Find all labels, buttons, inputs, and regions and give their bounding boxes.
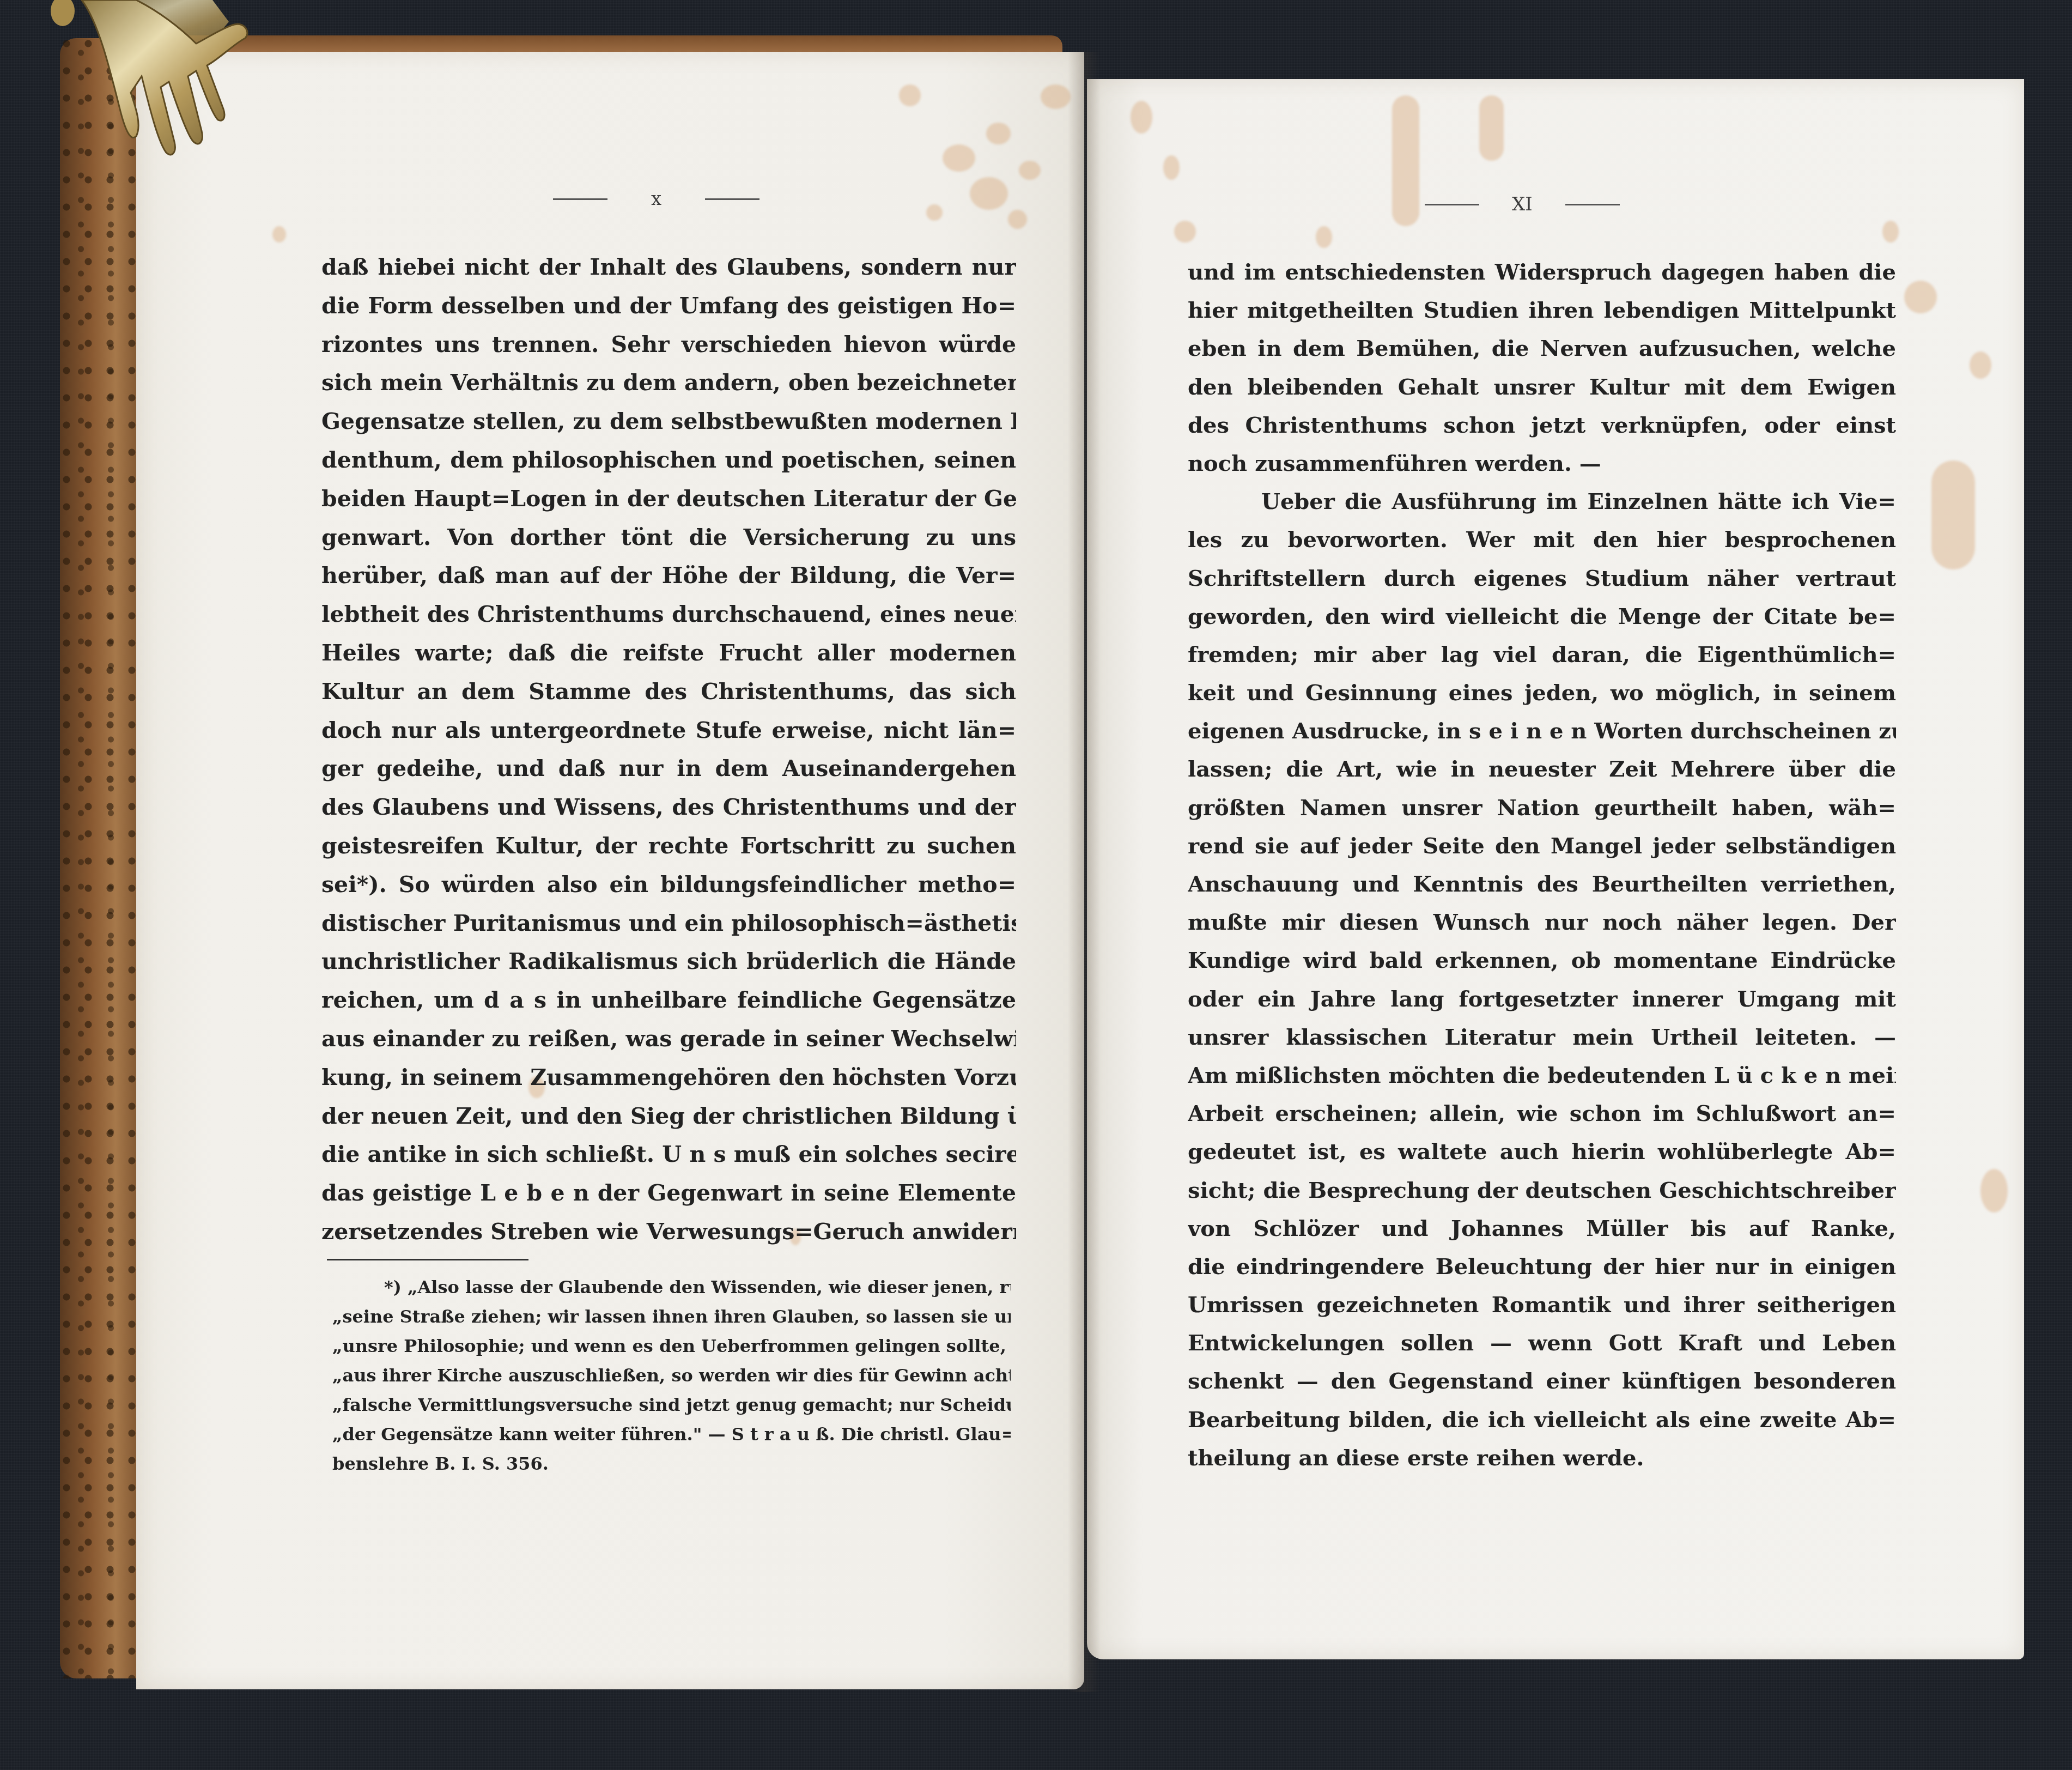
text-line: sich mein Verhältnis zu dem andern, oben…	[321, 363, 1016, 402]
left-page-body-text: daß hiebei nicht der Inhalt des Glaubens…	[321, 248, 1016, 1251]
right-running-head: XI	[1425, 193, 1620, 215]
foxing-spot	[1316, 226, 1332, 248]
text-line: die antike in sich schließt. U n s muß e…	[321, 1135, 1016, 1174]
text-line: Entwickelungen sollen — wenn Gott Kraft …	[1188, 1324, 1896, 1362]
text-line: noch zusammenführen werden. —	[1188, 445, 1896, 483]
foxing-spot	[1904, 281, 1937, 313]
text-line: der neuen Zeit, und den Sieg der christl…	[321, 1097, 1016, 1136]
foxing-spot	[1008, 210, 1027, 229]
foxing-spot	[1163, 155, 1180, 180]
text-line: schenkt — den Gegenstand einer künftigen…	[1188, 1362, 1896, 1401]
foxing-spot	[899, 84, 921, 106]
text-line: die Form desselben und der Umfang des ge…	[321, 287, 1016, 325]
footnote-line: *) „Also lasse der Glaubende den Wissend…	[332, 1272, 1011, 1302]
text-line: Umrissen gezeichneten Romantik und ihrer…	[1188, 1286, 1896, 1324]
footnote-separator	[327, 1259, 528, 1260]
foxing-spot	[943, 144, 975, 172]
footnote-line: „unsre Philosophie; und wenn es den Uebe…	[332, 1331, 1011, 1361]
book-gutter	[1068, 52, 1101, 1692]
text-line: denthum, dem philosophischen und poetisc…	[321, 441, 1016, 480]
text-line: Kultur an dem Stamme des Christenthums, …	[321, 672, 1016, 711]
text-line: den bleibenden Gehalt unsrer Kultur mit …	[1188, 368, 1896, 407]
text-line: ger gedeihe, und daß nur in dem Auseinan…	[321, 749, 1016, 788]
text-line: hier mitgetheilten Studien ihren lebendi…	[1188, 292, 1896, 330]
text-line: mußte mir diesen Wunsch nur noch näher l…	[1188, 904, 1896, 942]
text-line: theilung an diese erste reihen werde.	[1188, 1439, 1896, 1477]
text-line: doch nur als untergeordnete Stufe erweis…	[321, 711, 1016, 750]
footnote-line: „aus ihrer Kirche auszuschließen, so wer…	[332, 1361, 1011, 1390]
text-line: daß hiebei nicht der Inhalt des Glaubens…	[321, 248, 1016, 287]
brass-hand-page-holder-icon	[49, 0, 311, 196]
text-line: Arbeit erscheinen; allein, wie schon im …	[1188, 1095, 1896, 1133]
text-line: Gegensatze stellen, zu dem selbstbewußte…	[321, 402, 1016, 441]
text-line: unsrer klassischen Literatur mein Urthei…	[1188, 1019, 1896, 1057]
text-line: des Christenthums schon jetzt verknüpfen…	[1188, 407, 1896, 445]
footnote-line: „der Gegensätze kann weiter führen." — S…	[332, 1420, 1011, 1449]
text-line: distischer Puritanismus und ein philosop…	[321, 904, 1016, 943]
text-line: geistesreifen Kultur, der rechte Fortsch…	[321, 827, 1016, 865]
footnote-line: „seine Straße ziehen; wir lassen ihnen i…	[332, 1302, 1011, 1331]
text-line: kung, in seinem Zusammengehören den höch…	[321, 1058, 1016, 1097]
text-line: herüber, daß man auf der Höhe der Bildun…	[321, 556, 1016, 595]
text-line: eben in dem Bemühen, die Nerven aufzusuc…	[1188, 330, 1896, 368]
text-line: fremden; mir aber lag viel daran, die Ei…	[1188, 636, 1896, 674]
text-line: unchristlicher Radikalismus sich brüderl…	[321, 942, 1016, 981]
footnote-line: benslehre B. I. S. 356.	[332, 1449, 1011, 1478]
right-page-number: XI	[1512, 193, 1533, 215]
text-line: Am mißlichsten möchten die bedeutenden L…	[1188, 1057, 1896, 1095]
text-line: des Glaubens und Wissens, des Christenth…	[321, 788, 1016, 827]
foxing-stain	[1392, 95, 1419, 226]
text-line: keit und Gesinnung eines jeden, wo mögli…	[1188, 674, 1896, 712]
text-line: die eindringendere Beleuchtung der hier …	[1188, 1248, 1896, 1286]
left-page-footnote: *) „Also lasse der Glaubende den Wissend…	[332, 1272, 1011, 1478]
foxing-spot	[1019, 161, 1041, 180]
foxing-spot	[970, 177, 1008, 210]
text-line: oder ein Jahre lang fortgesetzter innere…	[1188, 980, 1896, 1019]
header-rule	[705, 198, 759, 200]
foxing-spot	[1131, 101, 1152, 134]
foxing-spot	[926, 204, 943, 221]
header-rule	[1425, 204, 1479, 205]
text-line: beiden Haupt=Logen in der deutschen Lite…	[321, 480, 1016, 518]
text-line: Kundige wird bald erkennen, ob momentane…	[1188, 942, 1896, 980]
text-line: reichen, um d a s in unheilbare feindlic…	[321, 981, 1016, 1020]
text-line: und im entschiedensten Widerspruch dageg…	[1188, 253, 1896, 292]
foxing-spot	[272, 226, 286, 243]
text-line: geworden, den wird vielleicht die Menge …	[1188, 598, 1896, 636]
foxing-spot	[1970, 351, 1991, 379]
text-line: genwart. Von dorther tönt die Versicheru…	[321, 518, 1016, 557]
text-line: zersetzendes Streben wie Verwesungs=Geru…	[321, 1213, 1016, 1251]
text-line: gedeutet ist, es waltete auch hierin woh…	[1188, 1133, 1896, 1171]
text-line: sicht; die Besprechung der deutschen Ges…	[1188, 1172, 1896, 1210]
text-line: aus einander zu reißen, was gerade in se…	[321, 1020, 1016, 1058]
text-line: größten Namen unsrer Nation geurtheilt h…	[1188, 789, 1896, 827]
foxing-spot	[1882, 221, 1899, 243]
text-line: das geistige L e b e n der Gegenwart in …	[321, 1174, 1016, 1213]
foxing-stain	[1931, 460, 1975, 569]
text-line: Heiles warte; daß die reifste Frucht all…	[321, 634, 1016, 672]
text-line: lassen; die Art, wie in neuester Zeit Me…	[1188, 750, 1896, 789]
text-line: von Schlözer und Johannes Müller bis auf…	[1188, 1210, 1896, 1248]
text-line-paragraph-start: Ueber die Ausführung im Einzelnen hätte …	[1188, 483, 1896, 521]
text-line: eigenen Ausdrucke, in s e i n e n Worten…	[1188, 712, 1896, 750]
foxing-spot	[1980, 1169, 2008, 1213]
header-rule	[553, 198, 607, 200]
text-line: rizontes uns trennen. Sehr verschieden h…	[321, 325, 1016, 364]
right-page-body-text: und im entschiedensten Widerspruch dageg…	[1188, 253, 1896, 1477]
left-page-number: x	[651, 188, 661, 210]
text-line: lebtheit des Christenthums durchschauend…	[321, 595, 1016, 634]
foxing-spot	[986, 123, 1011, 144]
text-line: rend sie auf jeder Seite den Mangel jede…	[1188, 827, 1896, 865]
text-line: Schriftstellern durch eigenes Studium nä…	[1188, 560, 1896, 598]
foxing-stain	[1479, 95, 1504, 161]
foxing-spot	[1174, 221, 1196, 243]
footnote-line: „falsche Vermittlungsversuche sind jetzt…	[332, 1390, 1011, 1420]
left-running-head: x	[553, 188, 759, 210]
text-line: Bearbeitung bilden, die ich vielleicht a…	[1188, 1401, 1896, 1439]
text-line: les zu bevorworten. Wer mit den hier bes…	[1188, 521, 1896, 559]
text-line: sei*). So würden also ein bildungsfeindl…	[321, 865, 1016, 904]
header-rule	[1565, 204, 1620, 205]
text-line: Anschauung und Kenntnis des Beurtheilten…	[1188, 865, 1896, 904]
foxing-spot	[1041, 84, 1071, 109]
